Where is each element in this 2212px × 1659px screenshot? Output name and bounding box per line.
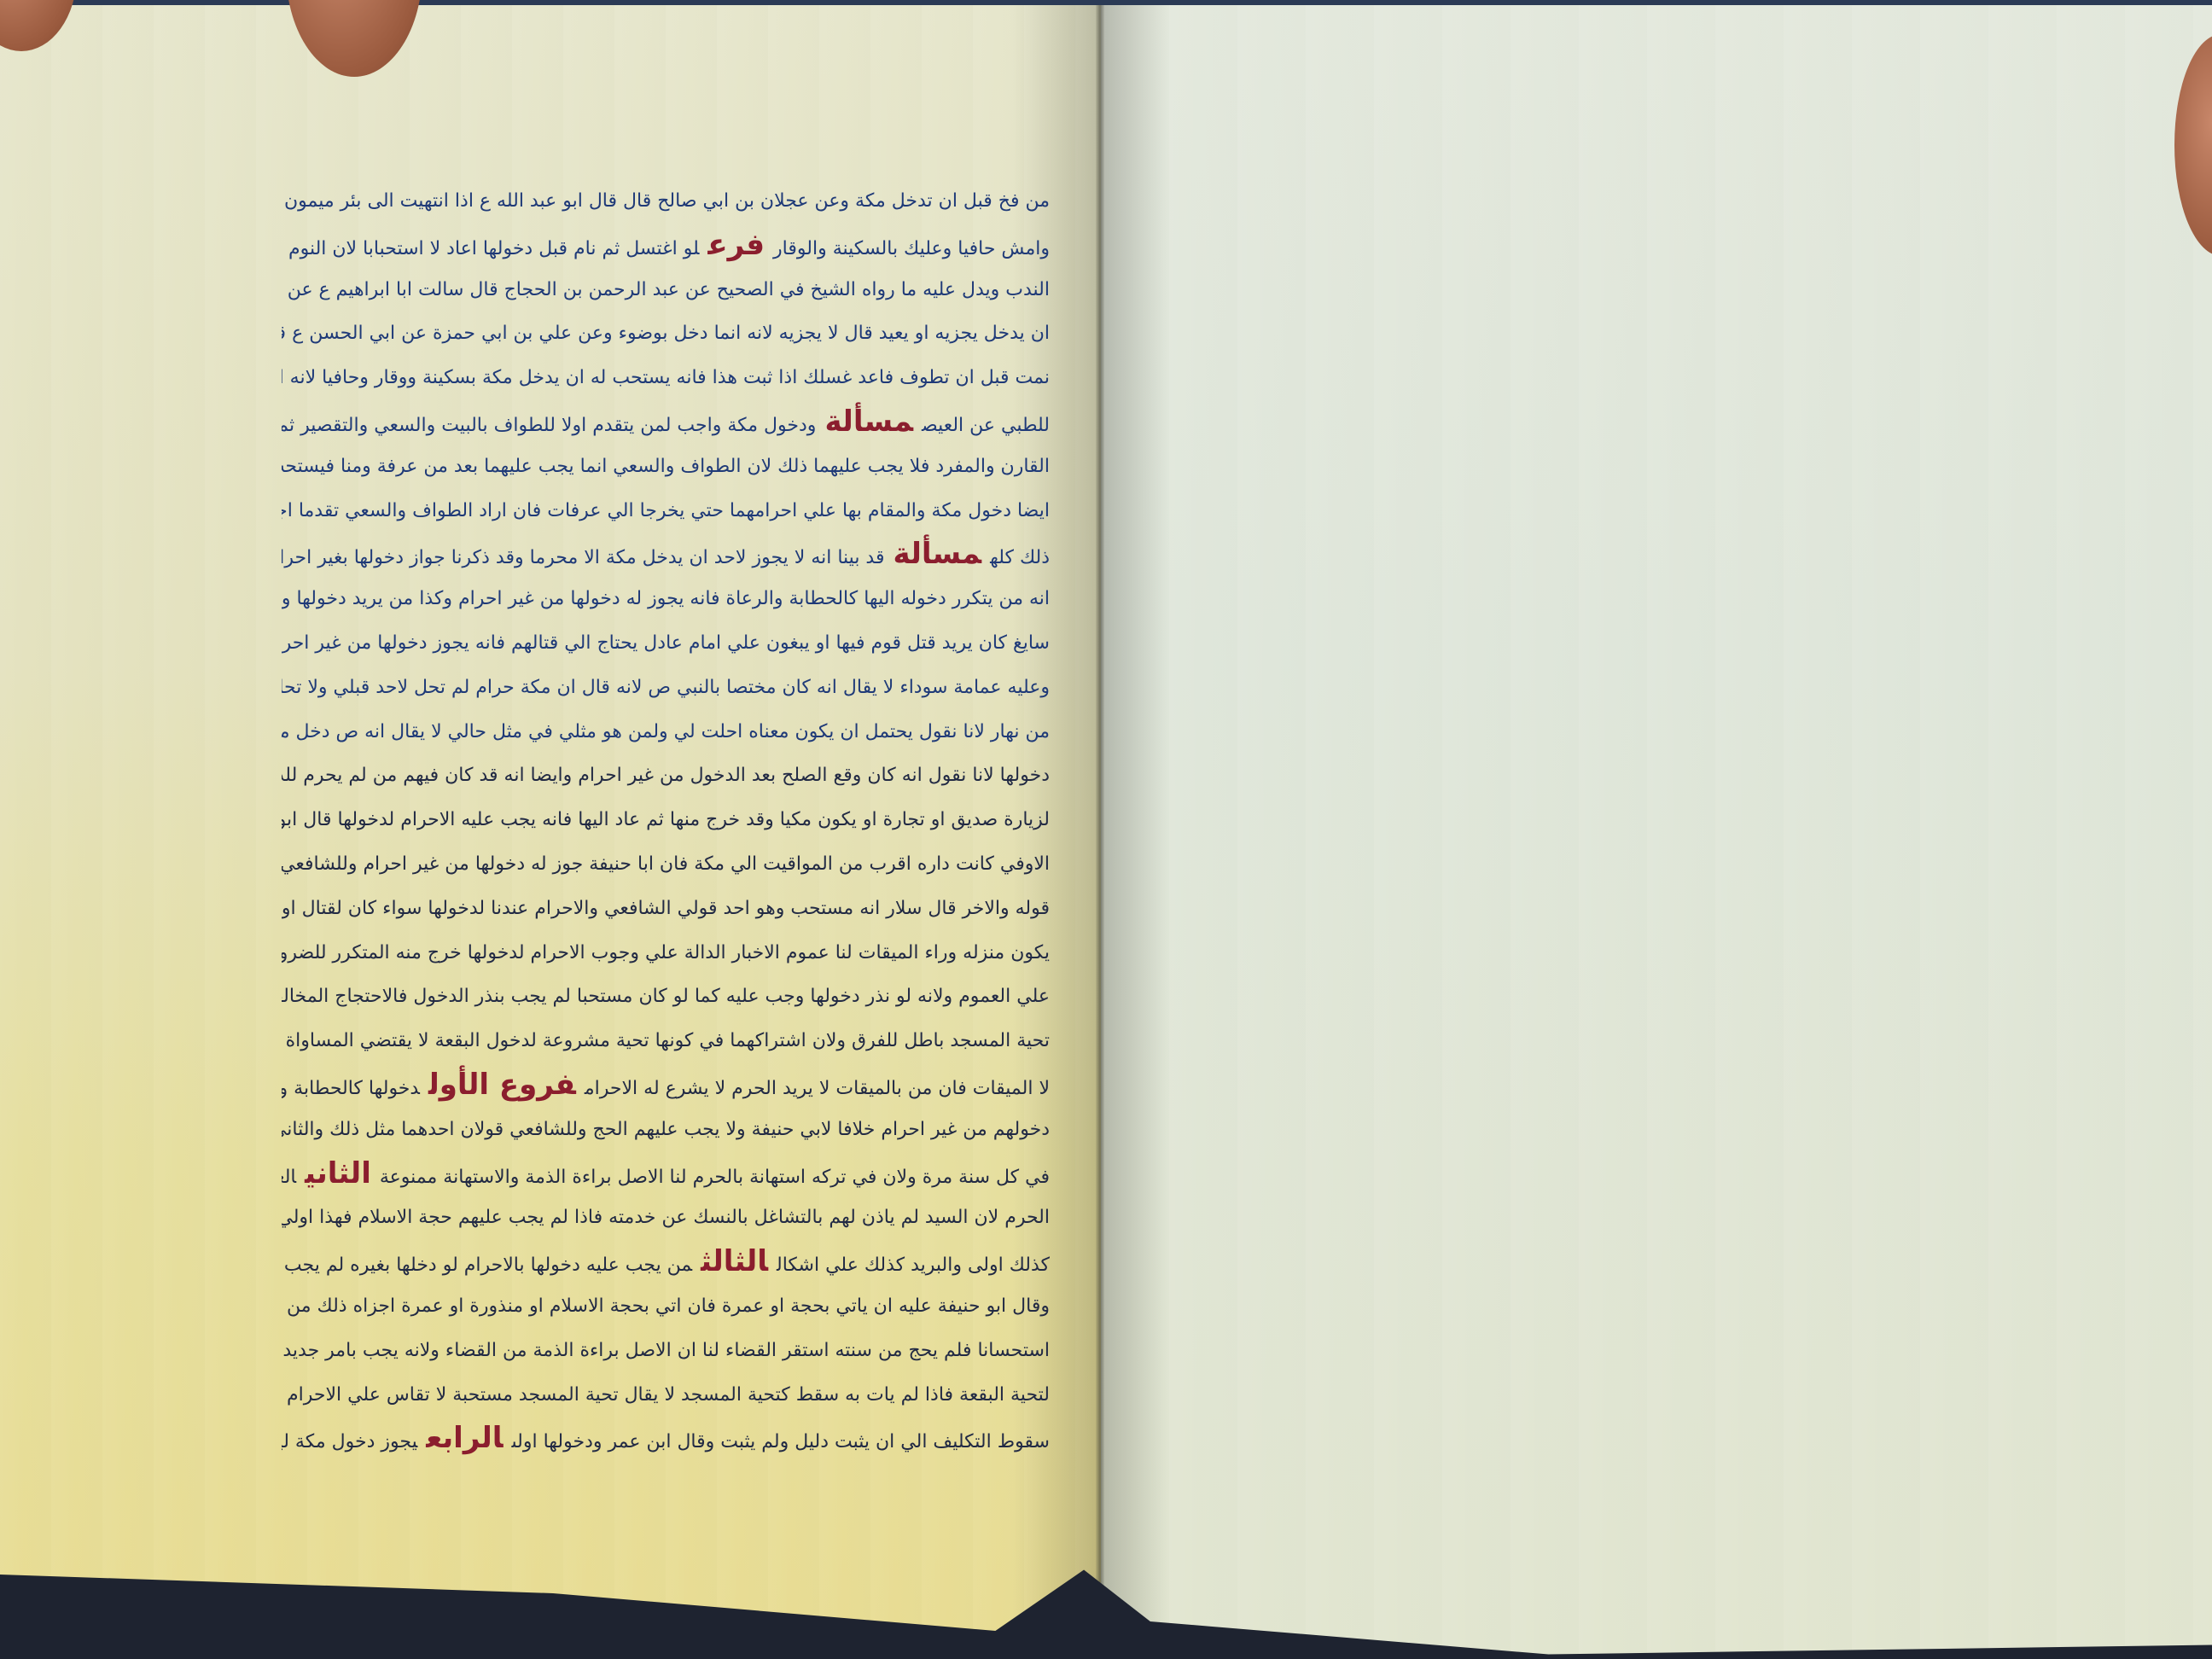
line-text: دخولها لانا نقول انه كان وقع الصلح بعد ا… <box>282 765 1050 786</box>
manuscript-line: للطبي عن العيصمسألةودخول مكة واجب لمن يت… <box>282 400 1050 445</box>
line-text: علي العموم ولانه لو نذر دخولها وجب عليه … <box>282 986 1050 1007</box>
manuscript-line: استحسانا فلم يحج من سنته استقر القضاء لن… <box>282 1329 1050 1373</box>
rubric-heading: فروع الأول <box>420 1068 585 1102</box>
line-text: وقال ابو حنيفة عليه ان ياتي بحجة او عمرة… <box>282 1295 1050 1317</box>
book-gutter <box>1096 0 1104 1659</box>
manuscript-line: ذلك كلهمسألةقد بينا انه لا يجوز لاحد ان … <box>282 533 1050 577</box>
line-text-continued: ودخول مكة واجب لمن يتقدم اولا للطواف بال… <box>282 415 816 436</box>
line-text: دخولهم من غير احرام خلافا لابي حنيفة ولا… <box>282 1119 1050 1140</box>
line-text: يكون منزله وراء الميقات لنا عموم الاخبار… <box>282 942 1050 963</box>
manuscript-line: دخولهم من غير احرام خلافا لابي حنيفة ولا… <box>282 1108 1050 1152</box>
line-text: في كل سنة مرة ولان في تركه استهانة بالحر… <box>380 1167 1050 1188</box>
manuscript-line: سايغ كان يريد قتل قوم فيها او يبغون علي … <box>282 621 1050 666</box>
line-text: ايضا دخول مكة والمقام بها علي احرامهما ح… <box>282 500 1050 521</box>
manuscript-line: يكون منزله وراء الميقات لنا عموم الاخبار… <box>282 931 1050 975</box>
line-text: لا الميقات فان من بالميقات لا يريد الحرم… <box>585 1078 1050 1099</box>
right-page: حتي لا يبقى لانه ليس بلبس حقيقة ولهذا جا… <box>1101 0 2212 1659</box>
line-text: كذلك اولى والبريد كذلك علي اشكال <box>777 1254 1050 1276</box>
line-text: الاوفي كانت داره اقرب من المواقيت الي مك… <box>282 853 1050 875</box>
manuscript-line: الحرم لان السيد لم ياذن لهم بالتشاغل بال… <box>282 1196 1050 1240</box>
manuscript-line: ان يدخل يجزيه او يعيد قال لا يجزيه لانه … <box>282 311 1050 356</box>
line-text: انه من يتكرر دخوله اليها كالحطابة والرعا… <box>282 588 1050 609</box>
manuscript-line: القارن والمفرد فلا يجب عليهما ذلك لان ال… <box>282 445 1050 489</box>
line-text: سقوط التكليف الي ان يثبت دليل ولم يثبت و… <box>512 1431 1051 1452</box>
line-text-continued: من يجب عليه دخولها بالاحرام لو دخلها بغي… <box>282 1254 692 1276</box>
line-text: وعليه عمامة سوداء لا يقال انه كان مختصا … <box>282 677 1050 698</box>
line-text: للطبي عن العيص <box>922 415 1050 436</box>
manuscript-line: وقال ابو حنيفة عليه ان ياتي بحجة او عمرة… <box>282 1284 1050 1329</box>
rubric-heading: مسألة <box>885 537 991 571</box>
rubric-heading: مسألة <box>816 405 922 439</box>
manuscript-line: دخولها لانا نقول انه كان وقع الصلح بعد ا… <box>282 754 1050 798</box>
left-page-text-block: من فخ قبل ان تدخل مكة وعن عجلان بن ابي ص… <box>282 179 1050 1461</box>
line-text: ان يدخل يجزيه او يعيد قال لا يجزيه لانه … <box>282 323 1050 344</box>
line-text-continued: قد بينا انه لا يجوز لاحد ان يدخل مكة الا… <box>282 547 885 568</box>
line-text-continued: يجوز دخول مكة ليلا ونهارا وهو قول عامة ا… <box>282 1431 417 1452</box>
rubric-heading: الثالث <box>692 1244 777 1278</box>
manuscript-line: من فخ قبل ان تدخل مكة وعن عجلان بن ابي ص… <box>282 179 1050 224</box>
rubric-heading: الثاني <box>296 1156 380 1190</box>
manuscript-line: انه من يتكرر دخوله اليها كالحطابة والرعا… <box>282 577 1050 621</box>
manuscript-line: ايضا دخول مكة والمقام بها علي احرامهما ح… <box>282 489 1050 533</box>
line-text: من فخ قبل ان تدخل مكة وعن عجلان بن ابي ص… <box>282 190 1050 212</box>
manuscript-line: لتحية البقعة فاذا لم يات به سقط كتحية ال… <box>282 1373 1050 1417</box>
line-text: القارن والمفرد فلا يجب عليهما ذلك لان ال… <box>282 456 1050 477</box>
manuscript-line: الاوفي كانت داره اقرب من المواقيت الي مك… <box>282 842 1050 887</box>
manuscript-line: سقوط التكليف الي ان يثبت دليل ولم يثبت و… <box>282 1417 1050 1461</box>
manuscript-line: في كل سنة مرة ولان في تركه استهانة بالحر… <box>282 1152 1050 1196</box>
left-page: من فخ قبل ان تدخل مكة وعن عجلان بن ابي ص… <box>0 0 1101 1659</box>
line-text-continued: لو اغتسل ثم نام قبل دخولها اعاد لا استحب… <box>282 238 699 259</box>
manuscript-line: وامش حافيا وعليك بالسكينة والوقارفرعلو ا… <box>282 224 1050 268</box>
line-text: نمت قبل ان تطوف فاعد غسلك اذا ثبت هذا فا… <box>282 367 1050 388</box>
line-text: ذلك كله <box>990 547 1050 568</box>
line-text: من نهار لانا نقول يحتمل ان يكون معناه اح… <box>282 721 1050 742</box>
manuscript-line: من نهار لانا نقول يحتمل ان يكون معناه اح… <box>282 710 1050 754</box>
line-text: تحية المسجد باطل للفرق ولان اشتراكهما في… <box>282 1030 1050 1051</box>
line-text-continued: دخولها كالحطابة والرعاة فقد بينا جوازه <box>282 1078 420 1099</box>
manuscript-line: الندب ويدل عليه ما رواه الشيخ في الصحيح … <box>282 268 1050 312</box>
manuscript-line: كذلك اولى والبريد كذلك علي اشكالالثالثمن… <box>282 1240 1050 1284</box>
manuscript-line: لا الميقات فان من بالميقات لا يريد الحرم… <box>282 1063 1050 1108</box>
manuscript-spread: من فخ قبل ان تدخل مكة وعن عجلان بن ابي ص… <box>0 0 2212 1659</box>
manuscript-line: نمت قبل ان تطوف فاعد غسلك اذا ثبت هذا فا… <box>282 356 1050 400</box>
line-text: لتحية البقعة فاذا لم يات به سقط كتحية ال… <box>282 1384 1050 1406</box>
line-text: الندب ويدل عليه ما رواه الشيخ في الصحيح … <box>282 279 1050 300</box>
rubric-heading: الرابع <box>417 1421 511 1455</box>
manuscript-line: وعليه عمامة سوداء لا يقال انه كان مختصا … <box>282 666 1050 710</box>
line-text: سايغ كان يريد قتل قوم فيها او يبغون علي … <box>282 632 1050 654</box>
manuscript-line: قوله والاخر قال سلار انه مستحب وهو احد ق… <box>282 887 1050 931</box>
line-text-continued: العبيد لا يلزمهم دخول <box>282 1167 296 1188</box>
line-text: وامش حافيا وعليك بالسكينة والوقار <box>773 238 1050 259</box>
line-text: قوله والاخر قال سلار انه مستحب وهو احد ق… <box>282 898 1050 919</box>
line-text: الحرم لان السيد لم ياذن لهم بالتشاغل بال… <box>282 1207 1050 1228</box>
manuscript-line: لزيارة صديق او تجارة او يكون مكيا وقد خر… <box>282 798 1050 842</box>
line-text: استحسانا فلم يحج من سنته استقر القضاء لن… <box>282 1340 1050 1361</box>
rubric-heading: فرع <box>699 228 773 262</box>
manuscript-line: علي العموم ولانه لو نذر دخولها وجب عليه … <box>282 975 1050 1019</box>
line-text: لزيارة صديق او تجارة او يكون مكيا وقد خر… <box>282 809 1050 830</box>
manuscript-line: تحية المسجد باطل للفرق ولان اشتراكهما في… <box>282 1019 1050 1063</box>
